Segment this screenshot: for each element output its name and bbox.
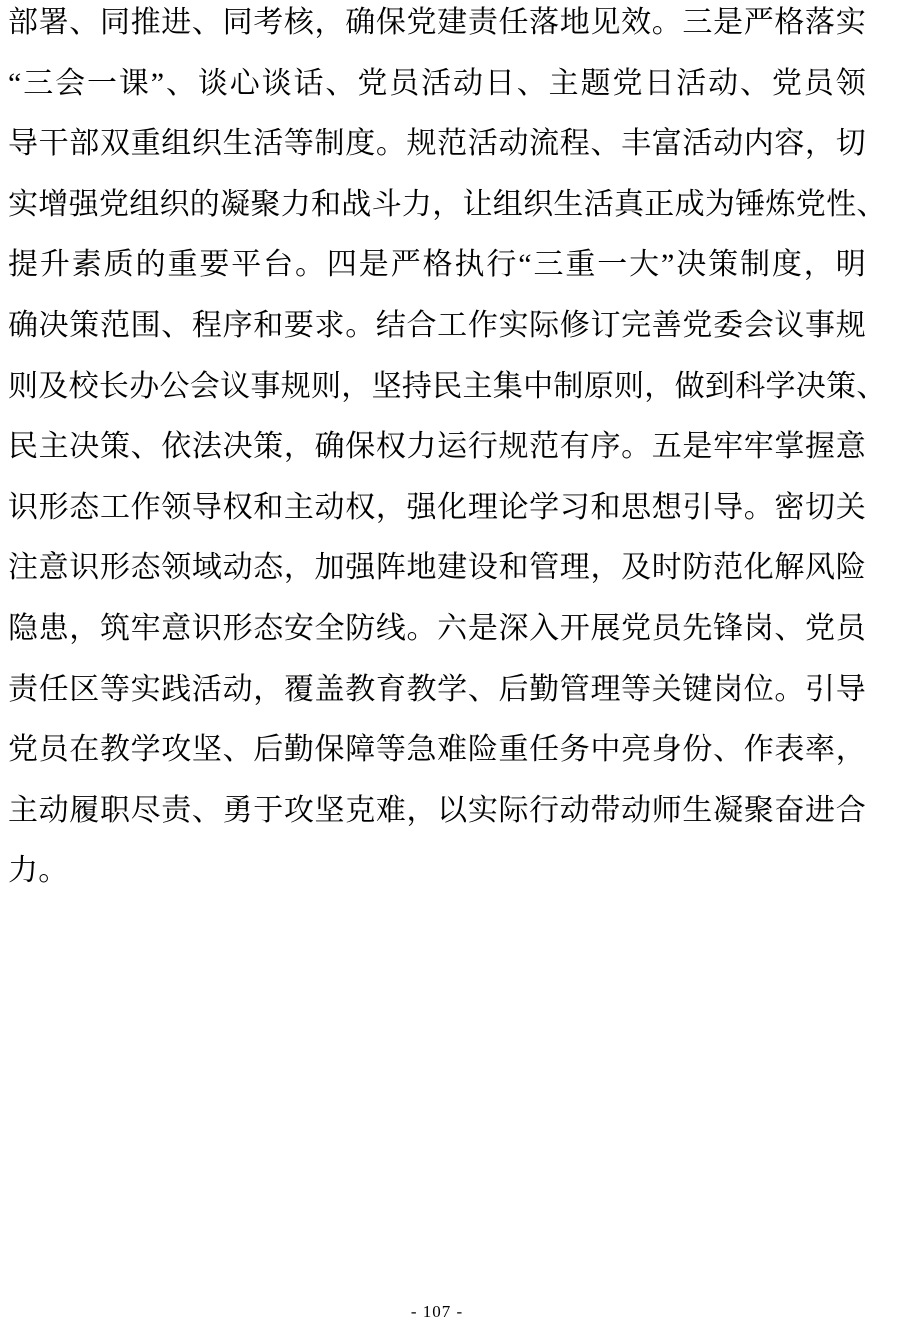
text-line: 导干部双重组织生活等制度。规范活动流程、丰富活动内容，切 (8, 114, 866, 175)
text-line: 隐患，筑牢意识形态安全防线。六是深入开展党员先锋岗、党员 (8, 599, 866, 660)
text-line: 识形态工作领导权和主动权，强化理论学习和思想引导。密切关 (8, 478, 866, 539)
text-line: 民主决策、依法决策，确保权力运行规范有序。五是牢牢掌握意 (8, 417, 866, 478)
text-line: 则及校长办公会议事规则，坚持民主集中制原则，做到科学决策、 (8, 357, 866, 418)
text-line: 力。 (8, 841, 866, 902)
page-number: - 107 - (0, 1302, 874, 1322)
document-body-text: 部署、同推进、同考核，确保党建责任落地见效。三是严格落实 “三会一课”、谈心谈话… (8, 0, 866, 902)
text-line: 注意识形态领域动态，加强阵地建设和管理，及时防范化解风险 (8, 538, 866, 599)
text-line: 提升素质的重要平台。四是严格执行“三重一大”决策制度，明 (8, 235, 866, 296)
text-line: 主动履职尽责、勇于攻坚克难，以实际行动带动师生凝聚奋进合 (8, 781, 866, 842)
text-line: 党员在教学攻坚、后勤保障等急难险重任务中亮身份、作表率， (8, 720, 866, 781)
text-line: 实增强党组织的凝聚力和战斗力，让组织生活真正成为锤炼党性、 (8, 175, 866, 236)
text-line: 确决策范围、程序和要求。结合工作实际修订完善党委会议事规 (8, 296, 866, 357)
document-page: 部署、同推进、同考核，确保党建责任落地见效。三是严格落实 “三会一课”、谈心谈话… (0, 0, 900, 1326)
text-line: 部署、同推进、同考核，确保党建责任落地见效。三是严格落实 (8, 0, 866, 54)
text-line: “三会一课”、谈心谈话、党员活动日、主题党日活动、党员领 (8, 54, 866, 115)
text-line: 责任区等实践活动，覆盖教育教学、后勤管理等关键岗位。引导 (8, 660, 866, 721)
